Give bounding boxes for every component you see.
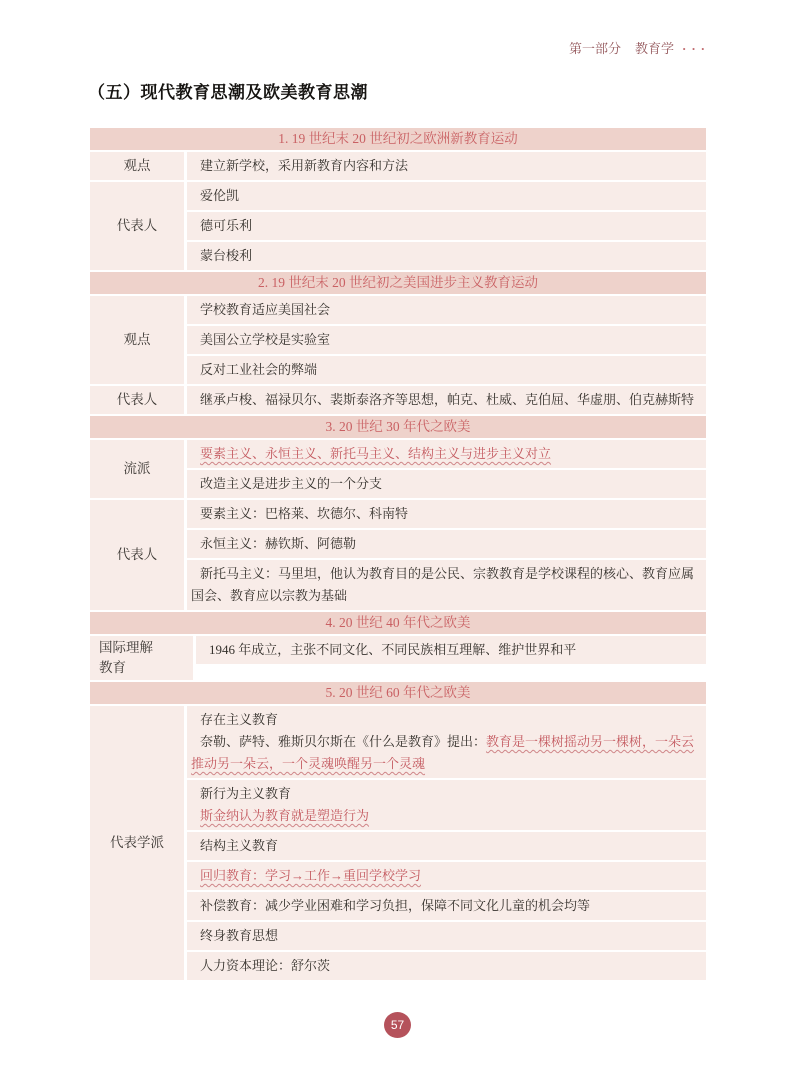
cell-text: 终身教育思想 [200,928,278,943]
row-label: 流派 [90,440,184,498]
thought-table: 1. 19 世纪末 20 世纪初之欧洲新教育运动观点建立新学校，采用新教育内容和… [90,128,706,980]
row-cells: 继承卢梭、福禄贝尔、裴斯泰洛齐等思想，帕克、杜威、克伯屈、华虚朋、伯克赫斯特 [187,386,706,414]
cell-text: 奈勒、萨特、雅斯贝尔斯在《什么是教育》提出： [200,734,486,749]
page-title: （五）现代教育思潮及欧美教育思潮 [88,78,368,103]
cell-line: 反对工业社会的弊端 [191,359,696,381]
table-cell: 结构主义教育 [187,832,706,860]
table-cell: 建立新学校，采用新教育内容和方法 [187,152,706,180]
table-cell: 改造主义是进步主义的一个分支 [187,470,706,498]
header-dots-icon: ··· [682,41,710,56]
table-cell: 新托马主义：马里坦，他认为教育目的是公民、宗教教育是学校课程的核心、教育应属国会… [187,560,706,610]
table-row-group: 代表人爱伦凯德可乐利蒙台梭利 [90,182,706,270]
cell-line: 德可乐利 [191,215,696,237]
row-label: 代表学派 [90,706,184,980]
table-row-group: 代表人要素主义：巴格莱、坎德尔、科南特永恒主义：赫钦斯、阿德勒新托马主义：马里坦… [90,500,706,610]
header-part-label: 第一部分 [569,41,621,56]
cell-text: 蒙台梭利 [200,248,252,263]
table-cell: 蒙台梭利 [187,242,706,270]
table-cell: 德可乐利 [187,212,706,240]
cell-line: 继承卢梭、福禄贝尔、裴斯泰洛齐等思想，帕克、杜威、克伯屈、华虚朋、伯克赫斯特 [191,389,696,411]
page-header: 第一部分教育学··· [569,38,710,57]
row-cells: 要素主义、永恒主义、新托马主义、结构主义与进步主义对立改造主义是进步主义的一个分… [187,440,706,498]
row-label: 观点 [90,296,184,384]
table-cell: 永恒主义：赫钦斯、阿德勒 [187,530,706,558]
document-page: 第一部分教育学··· （五）现代教育思潮及欧美教育思潮 1. 19 世纪末 20… [0,0,794,1077]
table-row-group: 国际理解 教育1946 年成立，主张不同文化、不同民族相互理解、维护世界和平 [90,636,706,680]
page-number-badge: 57 [384,1012,411,1038]
cell-line: 改造主义是进步主义的一个分支 [191,473,696,495]
table-section: 3. 20 世纪 30 年代之欧美流派要素主义、永恒主义、新托马主义、结构主义与… [90,416,706,610]
row-label: 观点 [90,152,184,180]
cell-line: 美国公立学校是实验室 [191,329,696,351]
highlighted-text: 要素主义、永恒主义、新托马主义、结构主义与进步主义对立 [200,446,551,461]
row-cells: 爱伦凯德可乐利蒙台梭利 [187,182,706,270]
table-section: 4. 20 世纪 40 年代之欧美国际理解 教育1946 年成立，主张不同文化、… [90,612,706,680]
cell-text: 学校教育适应美国社会 [200,302,330,317]
cell-line: 结构主义教育 [191,835,696,857]
table-section-header: 2. 19 世纪末 20 世纪初之美国进步主义教育运动 [90,272,706,294]
table-cell: 继承卢梭、福禄贝尔、裴斯泰洛齐等思想，帕克、杜威、克伯屈、华虚朋、伯克赫斯特 [187,386,706,414]
cell-line: 蒙台梭利 [191,245,696,267]
table-row-group: 代表学派存在主义教育奈勒、萨特、雅斯贝尔斯在《什么是教育》提出：教育是一棵树摇动… [90,706,706,980]
cell-text: 建立新学校，采用新教育内容和方法 [200,158,408,173]
table-section: 1. 19 世纪末 20 世纪初之欧洲新教育运动观点建立新学校，采用新教育内容和… [90,128,706,270]
row-cells: 1946 年成立，主张不同文化、不同民族相互理解、维护世界和平 [196,636,706,680]
cell-line: 新托马主义：马里坦，他认为教育目的是公民、宗教教育是学校课程的核心、教育应属国会… [191,563,696,607]
table-cell: 反对工业社会的弊端 [187,356,706,384]
cell-text: 德可乐利 [200,218,252,233]
table-row-group: 流派要素主义、永恒主义、新托马主义、结构主义与进步主义对立改造主义是进步主义的一… [90,440,706,498]
row-label: 代表人 [90,500,184,610]
table-row-group: 观点建立新学校，采用新教育内容和方法 [90,152,706,180]
table-cell: 爱伦凯 [187,182,706,210]
table-section-header: 5. 20 世纪 60 年代之欧美 [90,682,706,704]
cell-line: 爱伦凯 [191,185,696,207]
cell-line: 永恒主义：赫钦斯、阿德勒 [191,533,696,555]
cell-line: 1946 年成立，主张不同文化、不同民族相互理解、维护世界和平 [200,639,696,661]
row-cells: 建立新学校，采用新教育内容和方法 [187,152,706,180]
cell-text: 存在主义教育 [200,712,278,727]
cell-text: 美国公立学校是实验室 [200,332,330,347]
cell-line: 补偿教育：减少学业困难和学习负担，保障不同文化儿童的机会均等 [191,895,696,917]
table-cell: 要素主义：巴格莱、坎德尔、科南特 [187,500,706,528]
highlighted-text: 斯金纳认为教育就是塑造行为 [200,808,369,823]
cell-text: 结构主义教育 [200,838,278,853]
highlighted-text: 回归教育：学习→工作→重回学校学习 [200,868,421,883]
table-section: 5. 20 世纪 60 年代之欧美代表学派存在主义教育奈勒、萨特、雅斯贝尔斯在《… [90,682,706,980]
table-section-header: 4. 20 世纪 40 年代之欧美 [90,612,706,634]
cell-text: 爱伦凯 [200,188,239,203]
cell-text: 人力资本理论：舒尔茨 [200,958,330,973]
row-label: 代表人 [90,182,184,270]
table-section-header: 1. 19 世纪末 20 世纪初之欧洲新教育运动 [90,128,706,150]
table-cell: 学校教育适应美国社会 [187,296,706,324]
cell-text: 永恒主义：赫钦斯、阿德勒 [200,536,356,551]
table-cell: 美国公立学校是实验室 [187,326,706,354]
cell-line: 存在主义教育 [191,709,696,731]
table-cell: 回归教育：学习→工作→重回学校学习 [187,862,706,890]
row-label: 国际理解 教育 [90,636,193,680]
header-subject-label: 教育学 [635,41,674,56]
row-label: 代表人 [90,386,184,414]
cell-line: 要素主义：巴格莱、坎德尔、科南特 [191,503,696,525]
cell-text: 反对工业社会的弊端 [200,362,317,377]
cell-line: 新行为主义教育 [191,783,696,805]
cell-line: 回归教育：学习→工作→重回学校学习 [191,865,696,887]
table-row-group: 观点学校教育适应美国社会美国公立学校是实验室反对工业社会的弊端 [90,296,706,384]
cell-text: 新行为主义教育 [200,786,291,801]
cell-text: 继承卢梭、福禄贝尔、裴斯泰洛齐等思想，帕克、杜威、克伯屈、华虚朋、伯克赫斯特 [200,392,694,407]
cell-text: 1946 年成立，主张不同文化、不同民族相互理解、维护世界和平 [209,642,576,657]
cell-text: 新托马主义：马里坦，他认为教育目的是公民、宗教教育是学校课程的核心、教育应属国会… [191,566,694,603]
cell-text: 要素主义：巴格莱、坎德尔、科南特 [200,506,408,521]
cell-line: 人力资本理论：舒尔茨 [191,955,696,977]
cell-line: 奈勒、萨特、雅斯贝尔斯在《什么是教育》提出：教育是一棵树摇动另一棵树，一朵云推动… [191,731,696,775]
table-cell: 新行为主义教育斯金纳认为教育就是塑造行为 [187,780,706,830]
cell-line: 学校教育适应美国社会 [191,299,696,321]
cell-line: 要素主义、永恒主义、新托马主义、结构主义与进步主义对立 [191,443,696,465]
row-cells: 学校教育适应美国社会美国公立学校是实验室反对工业社会的弊端 [187,296,706,384]
table-row-group: 代表人继承卢梭、福禄贝尔、裴斯泰洛齐等思想，帕克、杜威、克伯屈、华虚朋、伯克赫斯… [90,386,706,414]
table-cell: 人力资本理论：舒尔茨 [187,952,706,980]
table-section-header: 3. 20 世纪 30 年代之欧美 [90,416,706,438]
cell-text: 补偿教育：减少学业困难和学习负担，保障不同文化儿童的机会均等 [200,898,590,913]
table-cell: 补偿教育：减少学业困难和学习负担，保障不同文化儿童的机会均等 [187,892,706,920]
table-cell: 1946 年成立，主张不同文化、不同民族相互理解、维护世界和平 [196,636,706,664]
cell-line: 建立新学校，采用新教育内容和方法 [191,155,696,177]
table-cell: 终身教育思想 [187,922,706,950]
table-section: 2. 19 世纪末 20 世纪初之美国进步主义教育运动观点学校教育适应美国社会美… [90,272,706,414]
cell-line: 终身教育思想 [191,925,696,947]
table-cell: 要素主义、永恒主义、新托马主义、结构主义与进步主义对立 [187,440,706,468]
table-cell: 存在主义教育奈勒、萨特、雅斯贝尔斯在《什么是教育》提出：教育是一棵树摇动另一棵树… [187,706,706,778]
row-cells: 存在主义教育奈勒、萨特、雅斯贝尔斯在《什么是教育》提出：教育是一棵树摇动另一棵树… [187,706,706,980]
row-cells: 要素主义：巴格莱、坎德尔、科南特永恒主义：赫钦斯、阿德勒新托马主义：马里坦，他认… [187,500,706,610]
cell-text: 改造主义是进步主义的一个分支 [200,476,382,491]
cell-line: 斯金纳认为教育就是塑造行为 [191,805,696,827]
